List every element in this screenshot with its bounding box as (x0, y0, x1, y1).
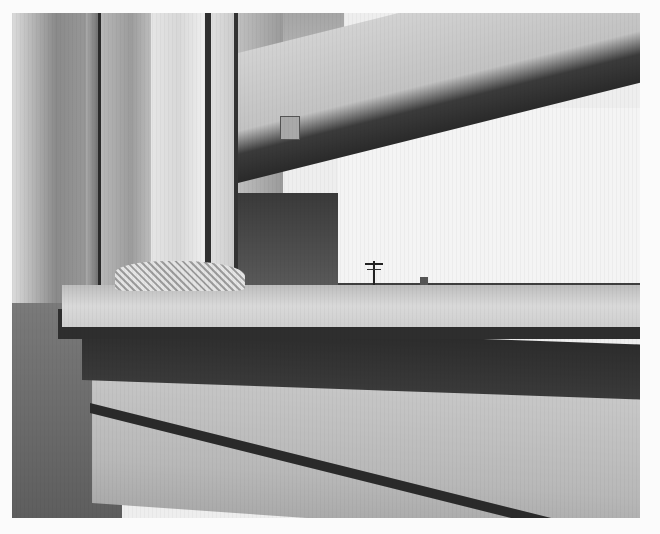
photograph (12, 13, 640, 518)
photo-print (0, 0, 660, 534)
distant-tank (420, 277, 428, 285)
utility-pole-crossarm-lower (367, 269, 381, 270)
utility-pole-crossarm (365, 263, 383, 265)
crumpled-cloth (115, 261, 245, 291)
window-casing (101, 13, 151, 288)
window-jamb (151, 13, 206, 278)
sash-shadow (238, 193, 338, 288)
window-sill (62, 285, 640, 327)
sash-latch (280, 116, 300, 140)
